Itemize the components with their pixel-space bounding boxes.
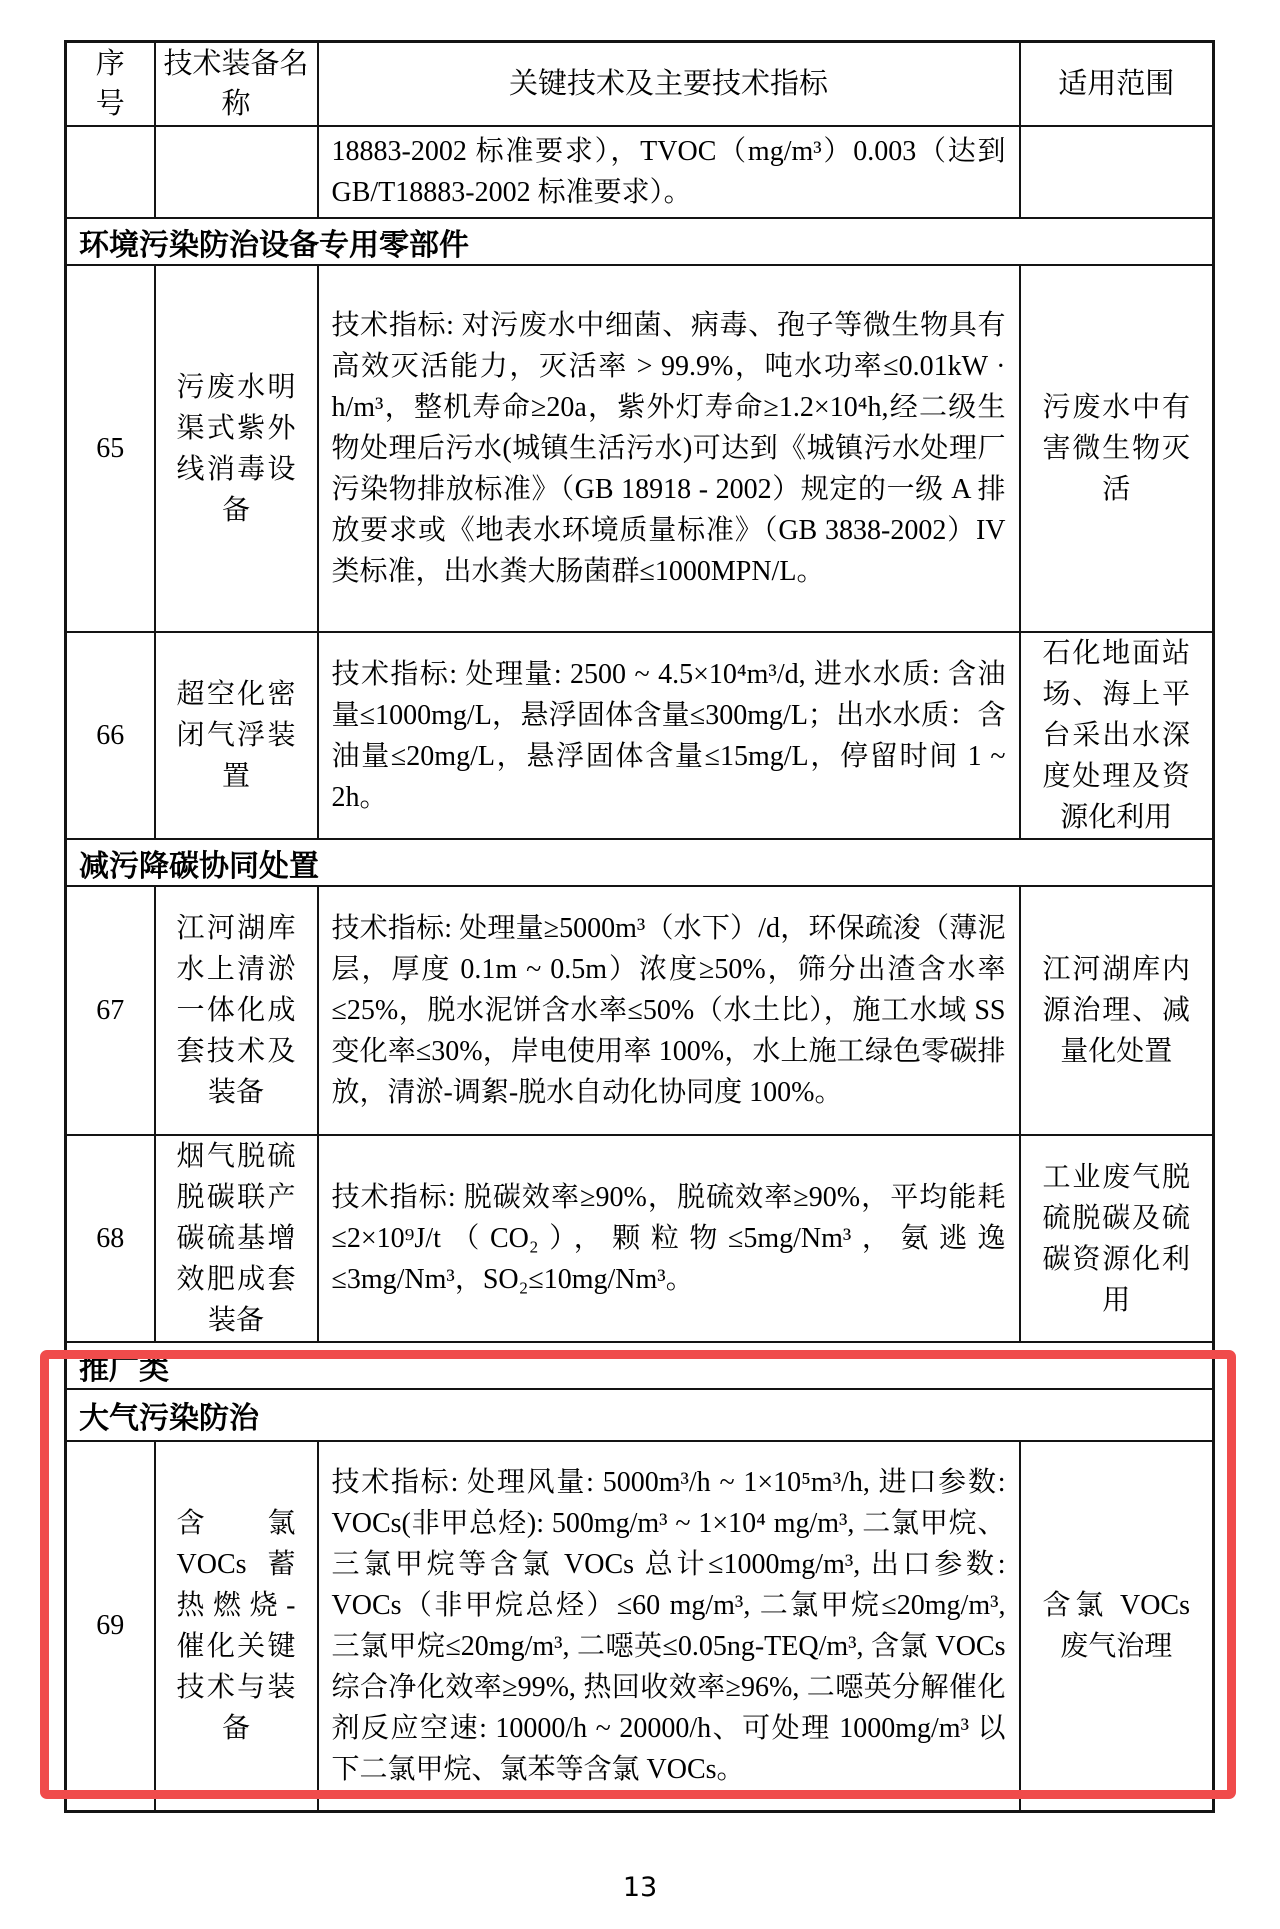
equipment-name: 烟气脱硫脱碳联产碳硫基增效肥成套装备 <box>155 1135 318 1342</box>
tech-indicators: 技术指标: 处理量≥5000m³（水下）/d，环保疏浚（薄泥层，厚度 0.1m … <box>318 886 1020 1135</box>
row-number: 65 <box>66 265 155 632</box>
header-application-scope: 适用范围 <box>1020 42 1214 127</box>
application-scope: 石化地面站场、海上平台采出水深度处理及资源化利用 <box>1020 632 1214 839</box>
application-scope: 污废水中有害微生物灭活 <box>1020 265 1214 632</box>
row-number: 67 <box>66 886 155 1135</box>
row-number <box>66 126 155 218</box>
table-row-67: 67 江河湖库水上清淤一体化成套技术及装备 技术指标: 处理量≥5000m³（水… <box>66 886 1214 1135</box>
table-row-66: 66 超空化密闭气浮装置 技术指标: 处理量: 2500 ~ 4.5×10⁴m³… <box>66 632 1214 839</box>
tech-indicators: 技术指标: 处理量: 2500 ~ 4.5×10⁴m³/d, 进水水质: 含油量… <box>318 632 1020 839</box>
application-scope: 江河湖库内源治理、减量化处置 <box>1020 886 1214 1135</box>
table-row-continuation: 18883-2002 标准要求），TVOC（mg/m³）0.003（达到 GB/… <box>66 126 1214 218</box>
header-key-tech-indicators: 关键技术及主要技术指标 <box>318 42 1020 127</box>
table-header-row: 序号 技术装备名称 关键技术及主要技术指标 适用范围 <box>66 42 1214 127</box>
tech-indicators: 技术指标: 脱碳效率≥90%，脱硫效率≥90%，平均能耗≤2×10⁹J/t（CO… <box>318 1135 1020 1342</box>
equipment-name: 污废水明渠式紫外线消毒设备 <box>155 265 318 632</box>
table-row-65: 65 污废水明渠式紫外线消毒设备 技术指标: 对污废水中细菌、病毒、孢子等微生物… <box>66 265 1214 632</box>
highlight-box <box>40 1350 1236 1799</box>
table-row-68: 68 烟气脱硫脱碳联产碳硫基增效肥成套装备 技术指标: 脱碳效率≥90%，脱硫效… <box>66 1135 1214 1342</box>
tech-indicators: 18883-2002 标准要求），TVOC（mg/m³）0.003（达到 GB/… <box>318 126 1020 218</box>
equipment-name: 江河湖库水上清淤一体化成套技术及装备 <box>155 886 318 1135</box>
section-title: 减污降碳协同处置 <box>66 839 1214 886</box>
tech-indicators: 技术指标: 对污废水中细菌、病毒、孢子等微生物具有高效灭活能力，灭活率 > 99… <box>318 265 1020 632</box>
row-number: 66 <box>66 632 155 839</box>
header-equipment-name: 技术装备名称 <box>155 42 318 127</box>
document-page: 序号 技术装备名称 关键技术及主要技术指标 适用范围 18883-2002 标准… <box>0 0 1280 1929</box>
application-scope: 工业废气脱硫脱碳及硫碳资源化利用 <box>1020 1135 1214 1342</box>
row-number: 68 <box>66 1135 155 1342</box>
section-title: 环境污染防治设备专用零部件 <box>66 218 1214 265</box>
equipment-name <box>155 126 318 218</box>
application-scope <box>1020 126 1214 218</box>
section-row-special-parts: 环境污染防治设备专用零部件 <box>66 218 1214 265</box>
section-row-pollution-carbon: 减污降碳协同处置 <box>66 839 1214 886</box>
page-number: 13 <box>0 1872 1280 1903</box>
header-serial-number: 序号 <box>66 42 155 127</box>
equipment-name: 超空化密闭气浮装置 <box>155 632 318 839</box>
